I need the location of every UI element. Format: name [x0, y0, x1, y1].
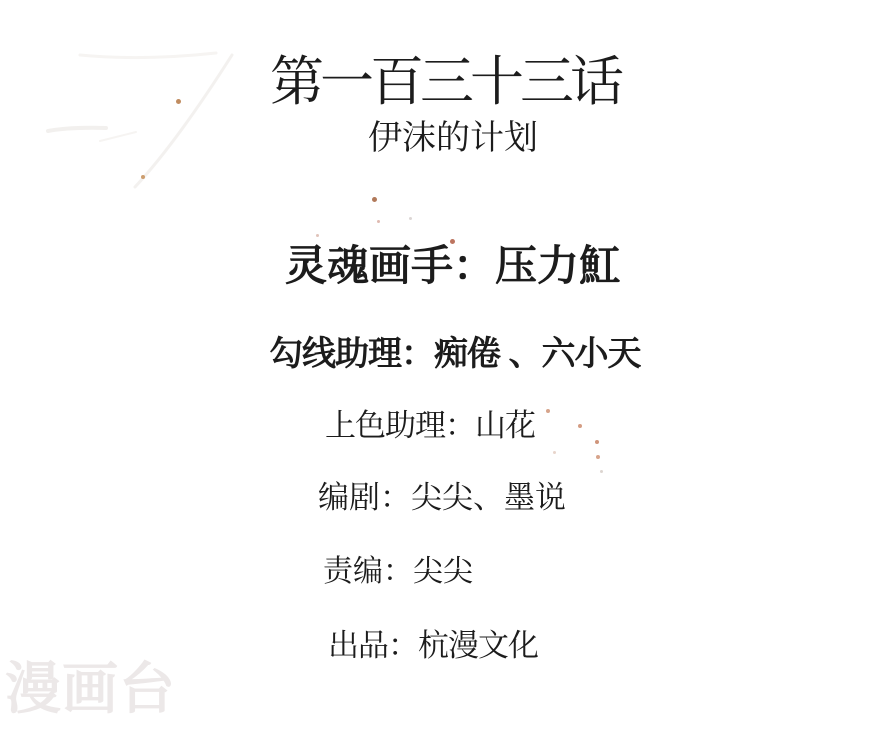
- comic-credits-page: 第一百三十三话 伊沫的计划 灵魂画手：压力魟 勾线助理：痴倦 、六小天 上色助理…: [0, 0, 880, 730]
- ink-speck: [595, 440, 599, 444]
- ink-speck: [377, 220, 380, 223]
- chapter-title: 第一百三十三话: [270, 54, 620, 111]
- ink-speck: [596, 455, 600, 459]
- credit-coloring-assistant: 上色助理：山花: [325, 410, 535, 443]
- credit-screenwriter: 编剧：尖尖、墨说: [318, 482, 566, 515]
- ink-speck: [578, 424, 582, 428]
- watermark-manhuatai: 漫画台: [5, 660, 176, 719]
- ink-speck: [372, 197, 377, 202]
- ink-speck: [316, 234, 319, 237]
- ink-speck: [546, 409, 550, 413]
- credit-lineart-assistants: 勾线助理：痴倦 、六小天: [269, 337, 640, 373]
- credit-artist: 灵魂画手：压力魟: [285, 244, 621, 288]
- ink-speck: [553, 451, 556, 454]
- ink-speck: [176, 99, 181, 104]
- chapter-subtitle: 伊沫的计划: [368, 121, 538, 157]
- credit-editor: 责编：尖尖: [323, 556, 473, 588]
- ink-speck: [409, 217, 412, 220]
- ink-speck: [600, 470, 603, 473]
- ink-speck: [141, 175, 145, 179]
- credit-producer: 出品：杭漫文化: [328, 630, 538, 663]
